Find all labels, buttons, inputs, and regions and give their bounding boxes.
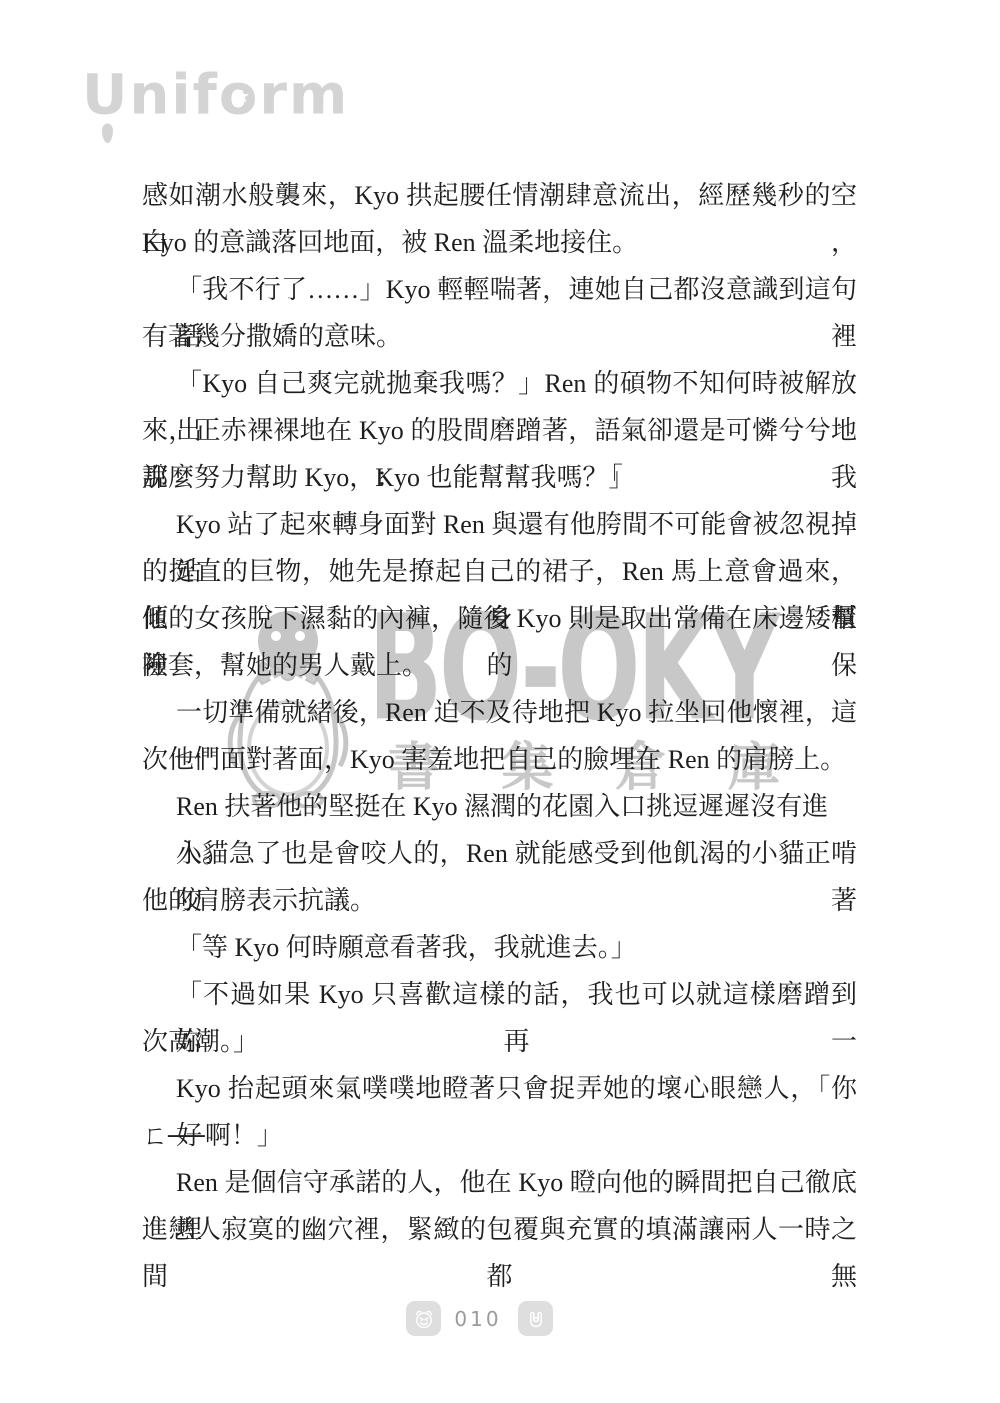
text-line: 次他們面對著面，Kyo 害羞地把自己的臉埋在 Ren 的肩膀上。 bbox=[142, 736, 857, 783]
text-line: 小貓急了也是會咬人的，Ren 就能感受到他飢渴的小貓正啃咬著 bbox=[142, 830, 857, 877]
drip-icon bbox=[102, 123, 113, 143]
rock-hand-icon bbox=[518, 1301, 553, 1336]
book-page: Uniform ★ bbox=[0, 0, 1000, 1403]
text-line: 他的女孩脫下濕黏的內褲，隨後 Kyo 則是取出常備在床邊矮櫃裡的保 bbox=[142, 595, 857, 642]
text-line: 一切準備就緒後，Ren 迫不及待地把 Kyo 拉坐回他懷裡，這一 bbox=[142, 689, 857, 736]
text-line: 「不過如果 Kyo 只喜歡這樣的話，我也可以就這樣磨蹭到妳再一 bbox=[142, 971, 857, 1018]
uniform-logo: Uniform ★ bbox=[82, 69, 349, 124]
text-line: 進戀人寂寞的幽穴裡，緊緻的包覆與充實的填滿讓兩人一時之間都無 bbox=[142, 1206, 857, 1253]
page-number: 010 bbox=[443, 1306, 513, 1332]
text-line: ㄈ──啊！」 bbox=[142, 1112, 857, 1159]
text-line: Ren 扶著他的堅挺在 Kyo 濕潤的花園入口挑逗遲遲沒有進入。 bbox=[142, 783, 857, 830]
text-line: Kyo 抬起頭來氣噗噗地瞪著只會捉弄她的壞心眼戀人，「你好 bbox=[142, 1065, 857, 1112]
devil-face-icon bbox=[406, 1301, 441, 1336]
star-icon: ★ bbox=[234, 88, 252, 106]
text-line: 「我不行了……」Kyo 輕輕喘著，連她自己都沒意識到這句話裡 bbox=[142, 266, 857, 313]
logo-text: Uniform bbox=[82, 64, 349, 128]
text-line: 來，正赤裸裸地在 Kyo 的股間磨蹭著，語氣卻還是可憐兮兮地說：「我 bbox=[142, 407, 857, 454]
body-text: 感如潮水般襲來，Kyo 拱起腰任情潮肆意流出，經歷幾秒的空白，Kyo 的意識落回… bbox=[142, 172, 857, 1253]
text-line: Kyo 站了起來轉身面對 Ren 與還有他胯間不可能會被忽視掉站 bbox=[142, 501, 857, 548]
text-line: 感如潮水般襲來，Kyo 拱起腰任情潮肆意流出，經歷幾秒的空白， bbox=[142, 172, 857, 219]
text-line: 「Kyo 自己爽完就拋棄我嗎？」Ren 的碩物不知何時被解放出 bbox=[142, 360, 857, 407]
text-line: 「等 Kyo 何時願意看著我，我就進去。」 bbox=[142, 924, 857, 971]
text-line: 的挺直的巨物，她先是撩起自己的裙子，Ren 馬上意會過來，傾身幫 bbox=[142, 548, 857, 595]
text-line: Ren 是個信守承諾的人，他在 Kyo 瞪向他的瞬間把自己徹底埋 bbox=[142, 1159, 857, 1206]
